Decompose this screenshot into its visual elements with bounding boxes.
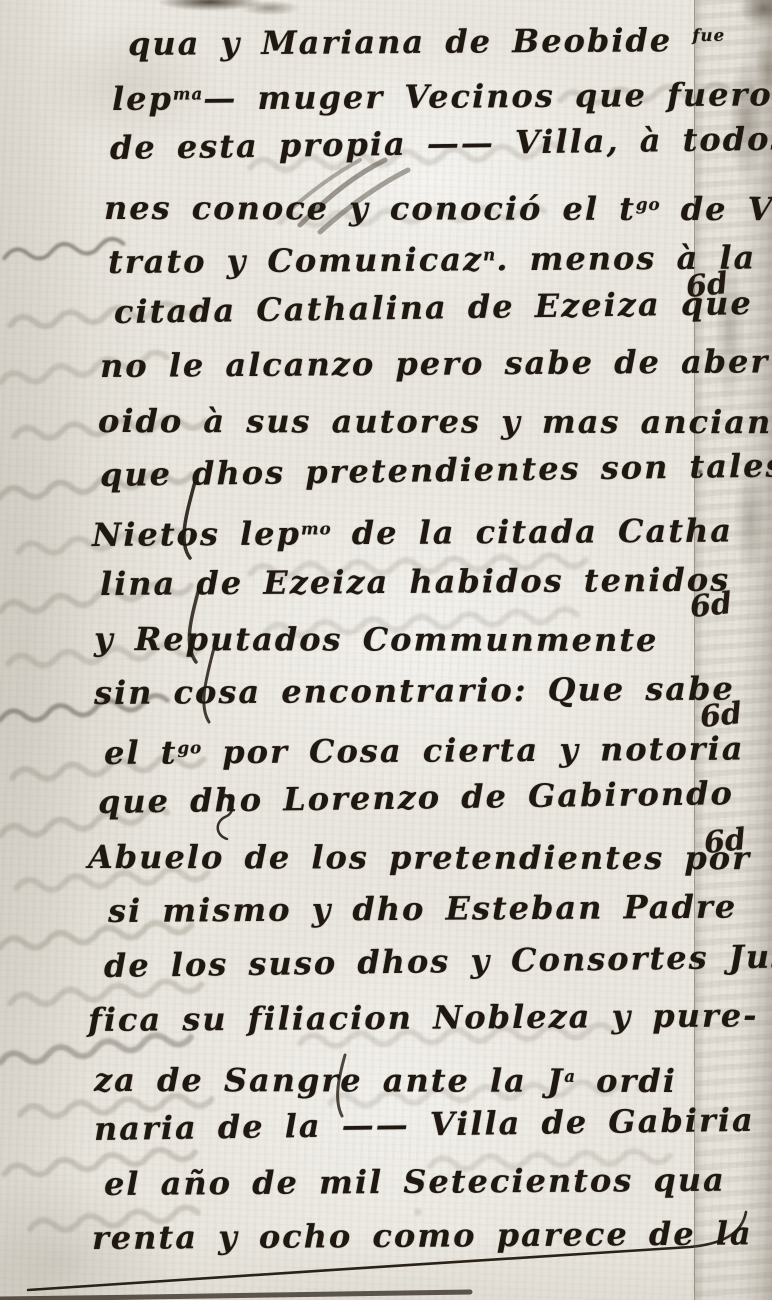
manuscript-line: si mismo y dho Esteban Padre: [108, 879, 772, 938]
manuscript-line: lina de Ezeiza habidos tenidos: [100, 552, 772, 611]
manuscript-line: renta y ocho como parece de la: [92, 1206, 772, 1265]
manuscript-line: que dhos pretendientes son tales: [100, 439, 772, 503]
manuscript-line: de esta propia —— Villa, à todos quie: [110, 112, 772, 176]
bottom-edge-line: [0, 1292, 470, 1299]
manuscript-line: el año de mil Setecientos qua: [104, 1152, 772, 1211]
manuscript-line: no le alcanzo pero sabe de aber: [100, 334, 772, 393]
manuscript-line: Nietos lepmo de la citada Catha: [92, 498, 772, 557]
manuscript-line: que dho Lorenzo de Gabirondo: [98, 766, 772, 830]
manuscript-line: naria de la —— Villa de Gabiria en: [94, 1093, 772, 1157]
manuscript-line: fica su filiacion Nobleza y pure-: [88, 988, 772, 1047]
manuscript-line: de los suso dhos y Consortes Justi: [104, 929, 772, 993]
manuscript-page: qua y Mariana de Beobide fuelepma— muger…: [0, 0, 772, 1300]
manuscript-text: qua y Mariana de Beobide fuelepma— muger…: [0, 12, 772, 1266]
manuscript-line: nes conoce y conoció el tgo de Vista: [104, 176, 772, 232]
manuscript-line: trato y Comunicazn. menos à la: [108, 225, 772, 284]
manuscript-line: y Reputados Communmente: [94, 612, 772, 668]
manuscript-line: sin cosa encontrario: Que sabe: [94, 661, 772, 720]
manuscript-line: qua y Mariana de Beobide fue: [128, 8, 772, 67]
manuscript-line: Abuelo de los pretendientes por: [88, 830, 772, 886]
manuscript-line: citada Cathalina de Ezeiza que: [114, 275, 772, 339]
